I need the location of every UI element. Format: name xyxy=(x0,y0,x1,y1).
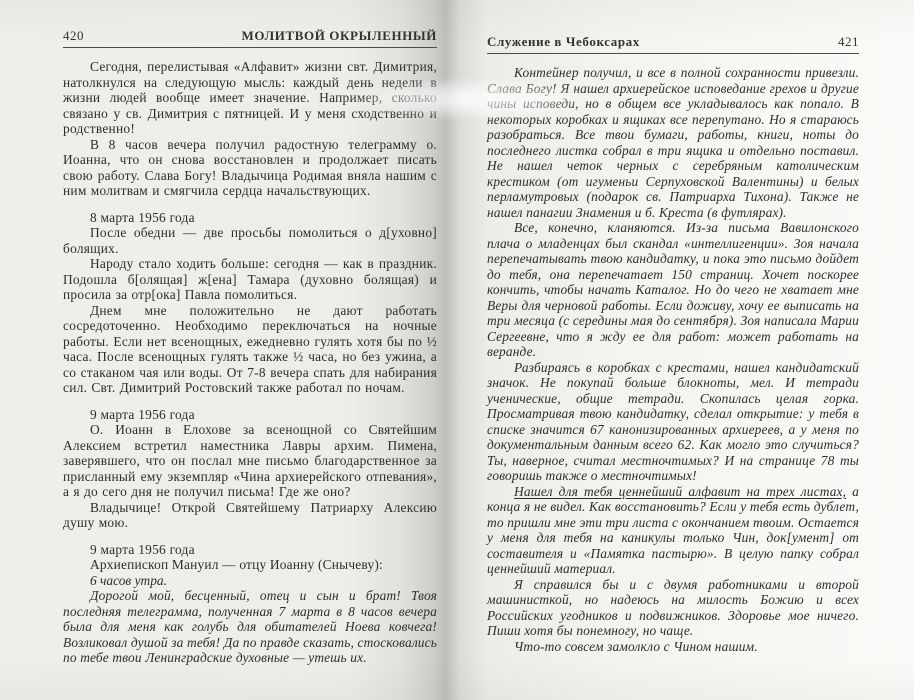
right-page-text: Контейнер получил, и все в полной сохран… xyxy=(487,65,859,654)
letter-paragraph: Нашел для тебя ценнейший алфавит на трех… xyxy=(487,484,859,577)
left-page-number: 420 xyxy=(63,28,84,43)
left-page-column: 420 МОЛИТВОЙ ОКРЫЛЕННЫЙ Сегодня, перелис… xyxy=(63,28,437,666)
letter-paragraph: Я справился бы и с двумя работниками и в… xyxy=(487,577,859,639)
underlined-phrase: Нашел для тебя ценнейший алфавит на трех… xyxy=(514,484,846,499)
right-page: Служение в Чебоксарах 421 Контейнер полу… xyxy=(446,0,914,700)
book-spread: 420 МОЛИТВОЙ ОКРЫЛЕННЫЙ Сегодня, перелис… xyxy=(0,0,914,700)
letter-paragraph: Все, конечно, кланяются. Из-за письма Ва… xyxy=(487,220,859,360)
paragraph: Народу стало ходить больше: сегодня — ка… xyxy=(63,256,437,303)
letter-paragraph: Что-то совсем замолкло с Чином нашим. xyxy=(487,639,859,655)
left-page: 420 МОЛИТВОЙ ОКРЫЛЕННЫЙ Сегодня, перелис… xyxy=(0,0,446,700)
paragraph: О. Иоанн в Елохове за всенощной со Святе… xyxy=(63,422,437,500)
paragraph: Днем мне положительно не дают работать с… xyxy=(63,303,437,396)
date-heading: 8 марта 1956 года xyxy=(63,210,437,226)
date-heading: 9 марта 1956 года xyxy=(63,542,437,558)
right-page-column: Служение в Чебоксарах 421 Контейнер полу… xyxy=(487,34,859,654)
left-page-text: Сегодня, перелистывая «Алфавит» жизни св… xyxy=(63,59,437,666)
right-running-title: Служение в Чебоксарах xyxy=(487,34,640,49)
letter-paragraph: Разбираясь в коробках с крестами, нашел … xyxy=(487,360,859,484)
right-running-header: Служение в Чебоксарах 421 xyxy=(487,34,859,54)
paragraph: После обедни — две просьбы помолиться о … xyxy=(63,225,437,256)
letter-paragraph: Дорогой мой, бесценный, отец и сын и бра… xyxy=(63,588,437,666)
right-page-number: 421 xyxy=(838,34,859,49)
letter-time: 6 часов утра. xyxy=(63,573,437,589)
paragraph: Сегодня, перелистывая «Алфавит» жизни св… xyxy=(63,59,437,137)
letter-attribution: Архиепископ Мануил — отцу Иоанну (Снычев… xyxy=(63,557,437,573)
letter-paragraph: Контейнер получил, и все в полной сохран… xyxy=(487,65,859,220)
left-running-title: МОЛИТВОЙ ОКРЫЛЕННЫЙ xyxy=(242,28,437,43)
paragraph: В 8 часов вечера получил радостную телег… xyxy=(63,137,437,199)
left-running-header: 420 МОЛИТВОЙ ОКРЫЛЕННЫЙ xyxy=(63,28,437,48)
date-heading: 9 марта 1956 года xyxy=(63,407,437,423)
paragraph: Владычице! Открой Святейшему Патриарху А… xyxy=(63,500,437,531)
